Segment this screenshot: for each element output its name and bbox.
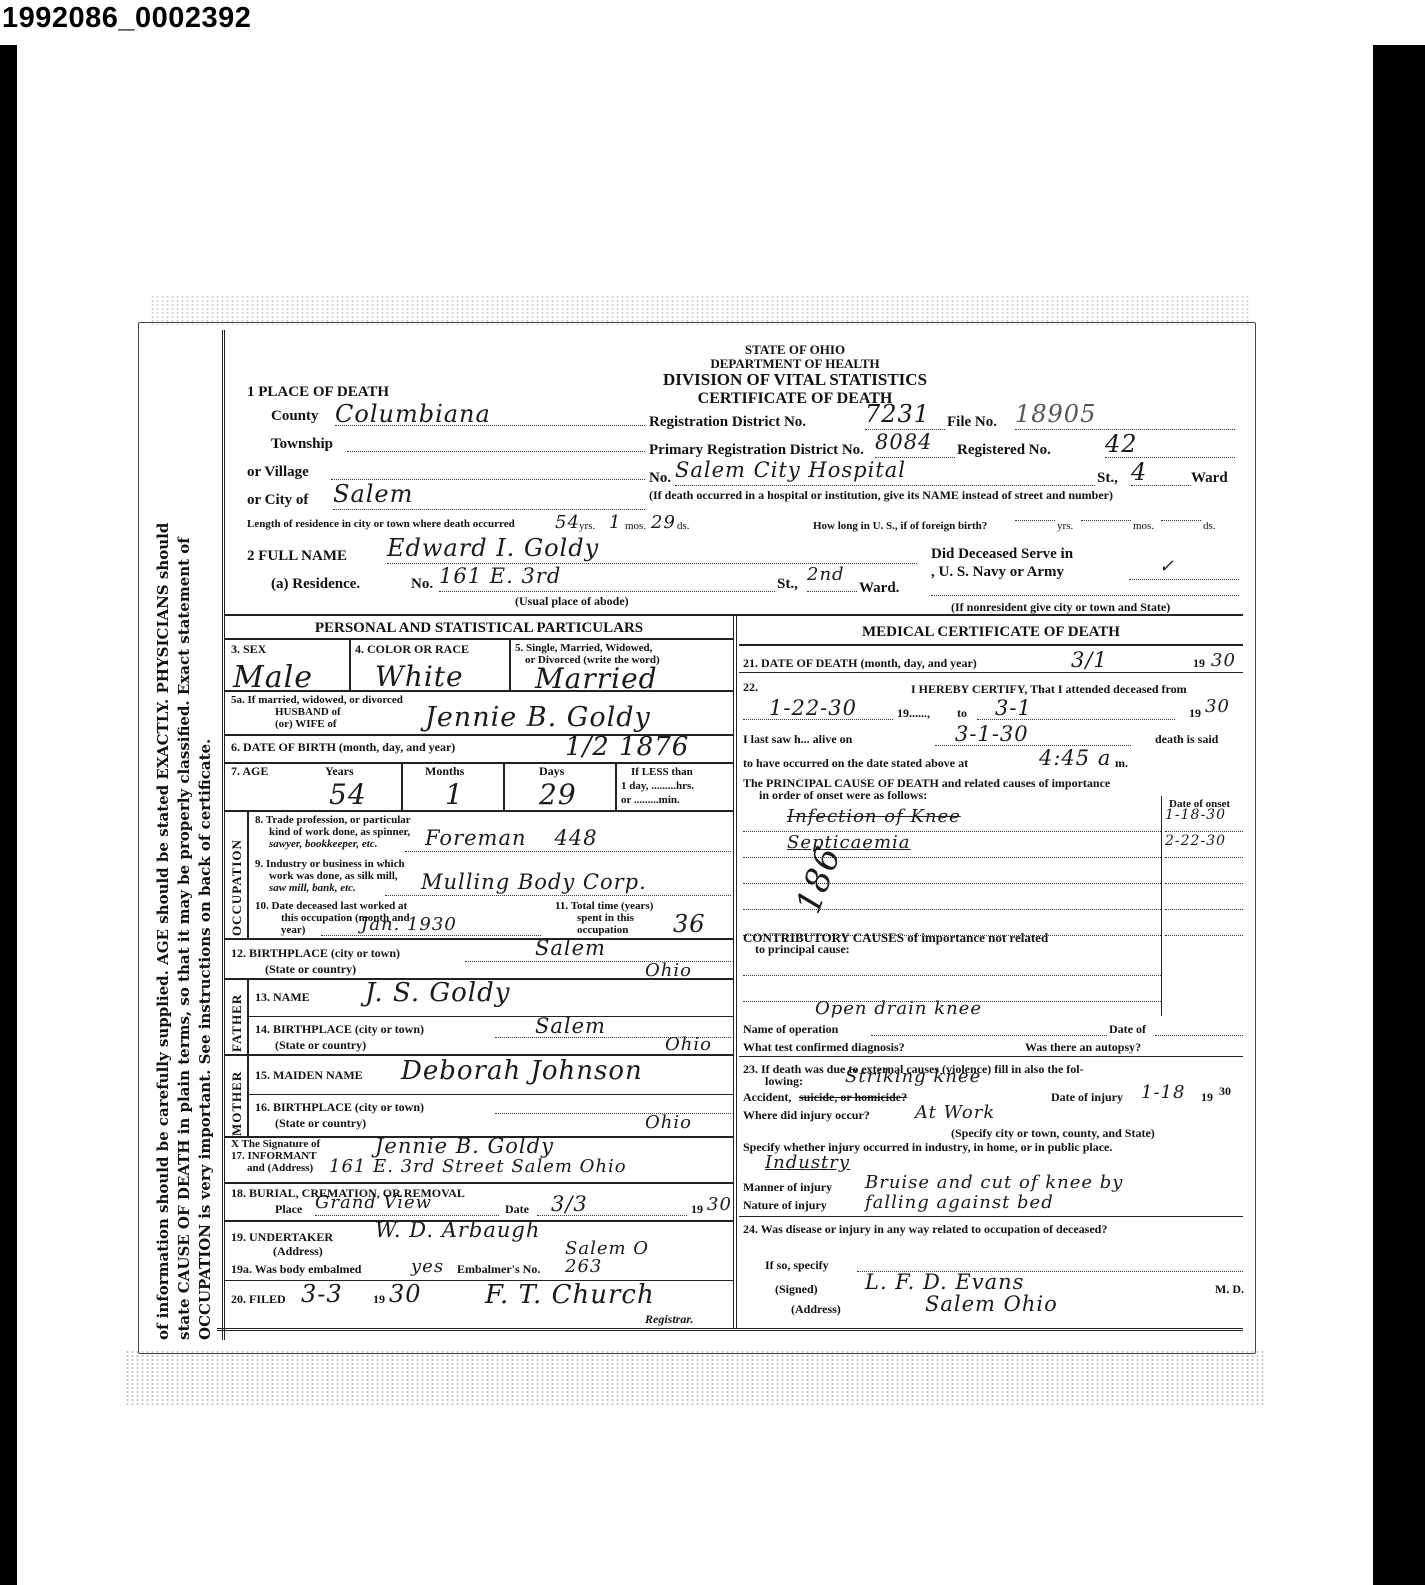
informant-label-3: and (Address) bbox=[247, 1162, 313, 1174]
certify-num: 22. bbox=[743, 680, 758, 695]
birthplace-city-field[interactable]: Salem bbox=[465, 936, 731, 962]
last-worked-label-3: year) bbox=[281, 924, 305, 936]
spouse-label-3: (or) WIFE of bbox=[275, 718, 337, 730]
spouse-value[interactable]: Jennie B. Goldy bbox=[425, 702, 651, 733]
residence-no-label: No. bbox=[411, 576, 433, 593]
residence-label: (a) Residence. bbox=[271, 576, 360, 593]
document-id: 1992086_0002392 bbox=[2, 2, 251, 35]
race-value[interactable]: White bbox=[375, 660, 464, 693]
divider bbox=[1161, 796, 1162, 1016]
cause-row-2[interactable]: Septicaemia bbox=[743, 832, 1161, 858]
total-time-label-2: spent in this bbox=[577, 912, 634, 924]
manner-label: Manner of injury bbox=[743, 1180, 832, 1195]
last-worked-field[interactable]: Jan. 1930 bbox=[321, 914, 541, 936]
trade-code: 448 bbox=[555, 826, 598, 850]
marital-label-1: 5. Single, Married, Widowed, bbox=[515, 642, 652, 654]
filed-year-prefix: 19 bbox=[373, 1292, 385, 1307]
primary-district-field[interactable]: 8084 bbox=[875, 430, 955, 458]
specify-value[interactable]: Industry bbox=[765, 1152, 850, 1173]
industry-field[interactable]: Mulling Body Corp. bbox=[385, 870, 731, 896]
days-label: Days bbox=[539, 764, 564, 779]
mother-side-label: MOTHER bbox=[229, 1071, 245, 1136]
informant-value[interactable]: Jennie B. Goldy bbox=[375, 1134, 554, 1158]
foreign-ds[interactable] bbox=[1161, 520, 1201, 521]
father-side-label: FATHER bbox=[229, 994, 245, 1052]
undertaker-value[interactable]: W. D. Arbaugh bbox=[375, 1218, 540, 1242]
burial-year-prefix: 19 bbox=[691, 1202, 703, 1217]
occurred-label: to have occurred on the date stated abov… bbox=[743, 756, 968, 771]
op-date-label: Date of bbox=[1109, 1022, 1146, 1037]
divider bbox=[739, 1056, 1243, 1057]
to-year-prefix: 19 bbox=[1189, 706, 1201, 721]
divider bbox=[225, 638, 733, 640]
age-years[interactable]: 54 bbox=[329, 778, 367, 811]
onset-row-4[interactable] bbox=[1165, 884, 1243, 910]
industry-label-1: 9. Industry or business in which bbox=[255, 858, 405, 870]
margin-instructions: of information should be carefully suppl… bbox=[142, 340, 212, 1340]
mother-state-label: (State or country) bbox=[275, 1116, 366, 1131]
injury-date-label: Date of injury bbox=[1051, 1090, 1123, 1105]
if-so-label: If so, specify bbox=[765, 1258, 829, 1273]
informant-label-2: 17. INFORMANT bbox=[231, 1150, 317, 1162]
divider bbox=[225, 762, 733, 764]
mother-name-value[interactable]: Deborah Johnson bbox=[401, 1056, 643, 1086]
to-year[interactable]: 30 bbox=[1205, 696, 1230, 717]
years-label: Years bbox=[325, 764, 354, 779]
age-label: 7. AGE bbox=[231, 764, 268, 779]
township-label: Township bbox=[271, 436, 333, 453]
dob-value[interactable]: 1/2 1876 bbox=[565, 732, 689, 762]
op-date-field[interactable] bbox=[1155, 1026, 1243, 1036]
embalmed-label: 19a. Was body embalmed bbox=[231, 1262, 361, 1277]
abode-note: (Usual place of abode) bbox=[515, 594, 629, 609]
burial-place-label: Place bbox=[275, 1202, 302, 1217]
city-label: or City of bbox=[247, 492, 308, 509]
where-note: (Specify city or town, county, and State… bbox=[951, 1126, 1155, 1141]
residence-ds-label: ds. bbox=[677, 520, 690, 532]
sex-label: 3. SEX bbox=[231, 642, 266, 657]
time-suffix: m. bbox=[1115, 756, 1128, 771]
township-field[interactable] bbox=[347, 430, 645, 452]
foreign-yrs-label: yrs. bbox=[1057, 520, 1073, 532]
residence-mos-label: mos. bbox=[625, 520, 646, 532]
where-value[interactable]: At Work bbox=[915, 1102, 995, 1123]
nature-value[interactable]: falling against bed bbox=[865, 1192, 1054, 1213]
residence-mos[interactable]: 1 bbox=[609, 512, 621, 533]
registered-no-label: Registered No. bbox=[957, 442, 1051, 459]
residence-field[interactable]: 161 E. 3rd bbox=[439, 564, 775, 592]
age-months[interactable]: 1 bbox=[445, 778, 464, 811]
age-days[interactable]: 29 bbox=[539, 778, 577, 811]
filed-label: 20. FILED bbox=[231, 1292, 286, 1307]
residence-yrs-label: yrs. bbox=[579, 520, 595, 532]
divider bbox=[401, 762, 403, 810]
autopsy-label: Was there an autopsy? bbox=[1025, 1040, 1141, 1055]
filed-year[interactable]: 30 bbox=[389, 1280, 422, 1308]
occupation-side-label: OCCUPATION bbox=[229, 839, 245, 936]
reg-district-label: Registration District No. bbox=[649, 414, 806, 431]
from-year-label: 19......, bbox=[897, 706, 930, 721]
file-no-label: File No. bbox=[947, 414, 997, 431]
trade-label-3: sawyer, bookkeeper, etc. bbox=[269, 838, 377, 850]
embalmer-label: Embalmer's No. bbox=[457, 1262, 540, 1277]
nonresident-note: (If nonresident give city or town and St… bbox=[951, 600, 1170, 615]
divider bbox=[247, 810, 249, 938]
certify-label: I HEREBY CERTIFY, That I attended deceas… bbox=[911, 682, 1187, 697]
ward-label: Ward bbox=[1191, 470, 1228, 487]
foreign-ds-label: ds. bbox=[1203, 520, 1216, 532]
father-name-label: 13. NAME bbox=[255, 990, 310, 1005]
nature-label: Nature of injury bbox=[743, 1198, 827, 1213]
spouse-label-1: 5a. If married, widowed, or divorced bbox=[231, 694, 403, 706]
embalmer-no[interactable]: 263 bbox=[565, 1256, 602, 1277]
nonresident-field[interactable] bbox=[931, 586, 1239, 596]
trade-field[interactable]: Foreman 448 bbox=[405, 826, 731, 852]
mother-name-label: 15. MAIDEN NAME bbox=[255, 1068, 363, 1083]
military-label-2: , U. S. Navy or Army bbox=[931, 564, 1064, 581]
mother-birthplace-label: 16. BIRTHPLACE (city or town) bbox=[255, 1100, 424, 1115]
undertaker-address-label: (Address) bbox=[273, 1244, 323, 1259]
manner-value[interactable]: Bruise and cut of knee by bbox=[865, 1172, 1123, 1193]
foreign-mos-label: mos. bbox=[1133, 520, 1154, 532]
last-saw-label: I last saw h... alive on bbox=[743, 732, 852, 747]
trade-label-1: 8. Trade profession, or particular bbox=[255, 814, 411, 826]
dod-label: 21. DATE OF DEATH (month, day, and year) bbox=[743, 656, 977, 671]
divider bbox=[739, 644, 1243, 646]
divider bbox=[503, 762, 505, 810]
birthplace-label: 12. BIRTHPLACE (city or town) bbox=[231, 946, 400, 961]
last-worked-label-1: 10. Date deceased last worked at bbox=[255, 900, 407, 912]
ward-field[interactable]: 4 bbox=[1131, 458, 1191, 486]
father-name-value[interactable]: J. S. Goldy bbox=[365, 978, 510, 1008]
county-label: County bbox=[271, 408, 319, 425]
divider bbox=[247, 1054, 249, 1138]
external-label-2: lowing: bbox=[765, 1074, 803, 1089]
divider bbox=[225, 690, 733, 692]
onset-row-2[interactable]: 2-22-30 bbox=[1165, 832, 1243, 858]
county-field[interactable]: Columbiana bbox=[335, 400, 645, 426]
city-field[interactable]: Salem bbox=[333, 480, 645, 510]
less-label-2: 1 day, .........hrs. bbox=[621, 780, 694, 792]
operation-value[interactable]: Open drain knee bbox=[815, 998, 982, 1019]
medical-section-title: MEDICAL CERTIFICATE OF DEATH bbox=[739, 624, 1243, 641]
filed-value[interactable]: 3-3 bbox=[301, 1280, 343, 1308]
mother-birthplace-city-field[interactable] bbox=[495, 1094, 731, 1114]
divider bbox=[739, 1216, 1243, 1217]
external-note[interactable]: Striking knee bbox=[845, 1066, 981, 1087]
divider bbox=[615, 762, 617, 810]
total-time-label-3: occupation bbox=[577, 924, 628, 936]
onset-row-1[interactable]: 1-18-30 bbox=[1165, 806, 1243, 832]
to-label: to bbox=[957, 706, 967, 721]
attended-to-field[interactable]: 3-1 bbox=[977, 696, 1175, 720]
residence-yrs[interactable]: 54 bbox=[555, 512, 580, 533]
death-said-label: death is said bbox=[1155, 732, 1218, 747]
residence-length-label: Length of residence in city or town wher… bbox=[247, 518, 515, 530]
cause-label-2: in order of onset were as follows: bbox=[759, 788, 927, 803]
burial-date-field[interactable]: 3/3 bbox=[537, 1192, 687, 1216]
father-birthplace-label: 14. BIRTHPLACE (city or town) bbox=[255, 1022, 424, 1037]
total-time-label-1: 11. Total time (years) bbox=[555, 900, 653, 912]
full-name-field[interactable]: Edward I. Goldy bbox=[387, 534, 917, 564]
full-name-label: 2 FULL NAME bbox=[247, 548, 347, 565]
time-value[interactable]: 4:45 a bbox=[1039, 746, 1111, 770]
accident-label: Accident, bbox=[743, 1090, 791, 1105]
death-certificate-form: STATE OF OHIO DEPARTMENT OF HEALTH DIVIS… bbox=[222, 330, 1252, 1340]
where-label: Where did injury occur? bbox=[743, 1108, 870, 1123]
header-division: DIVISION OF VITAL STATISTICS bbox=[615, 370, 975, 390]
scan-edge-right bbox=[1373, 45, 1425, 1585]
foreign-mos[interactable] bbox=[1081, 520, 1131, 521]
onset-row-5[interactable] bbox=[1165, 910, 1243, 936]
village-field[interactable] bbox=[331, 458, 645, 480]
column-divider bbox=[733, 616, 737, 1328]
md-label: M. D. bbox=[1215, 1282, 1244, 1297]
hospital-field[interactable]: Salem City Hospital bbox=[675, 458, 1095, 486]
injury-year-prefix: 19 bbox=[1201, 1090, 1213, 1105]
personal-section-title: PERSONAL AND STATISTICAL PARTICULARS bbox=[225, 620, 733, 637]
months-label: Months bbox=[425, 764, 464, 779]
registrar-signature: F. T. Church bbox=[485, 1280, 655, 1310]
residence-ward-label: Ward. bbox=[859, 580, 899, 597]
race-label: 4. COLOR OR RACE bbox=[355, 642, 469, 657]
total-time-value[interactable]: 36 bbox=[673, 910, 706, 938]
scan-noise-bottom bbox=[125, 1350, 1265, 1405]
file-no-field[interactable]: 18905 bbox=[1015, 400, 1235, 430]
scan-edge-left bbox=[0, 45, 17, 1585]
hospital-note: (If death occurred in a hospital or inst… bbox=[649, 488, 1113, 503]
military-field[interactable]: ✓ bbox=[1129, 556, 1239, 580]
residence-ds[interactable]: 29 bbox=[651, 512, 676, 533]
place-of-death-label: 1 PLACE OF DEATH bbox=[247, 384, 389, 401]
birthplace-state-label: (State or country) bbox=[265, 962, 356, 977]
scan-noise-top bbox=[150, 295, 1250, 325]
primary-district-label: Primary Registration District No. bbox=[649, 442, 864, 459]
residence-st-label: St., bbox=[777, 576, 798, 593]
dob-label: 6. DATE OF BIRTH (month, day, and year) bbox=[231, 740, 455, 755]
onset-row-3[interactable] bbox=[1165, 858, 1243, 884]
test-label: What test confirmed diagnosis? bbox=[743, 1040, 905, 1055]
physician-address-label: (Address) bbox=[791, 1302, 841, 1317]
injury-year[interactable]: 30 bbox=[1219, 1084, 1231, 1099]
embalmed-value[interactable]: yes bbox=[411, 1256, 444, 1277]
occupation-related-label: 24. Was disease or injury in any way rel… bbox=[743, 1222, 1107, 1237]
signed-label: (Signed) bbox=[775, 1282, 818, 1297]
contributory-row-1[interactable] bbox=[743, 956, 1161, 976]
registered-no-field[interactable]: 42 bbox=[1105, 430, 1235, 458]
physician-signature[interactable]: L. F. D. Evans bbox=[865, 1270, 1024, 1294]
divider bbox=[509, 638, 511, 690]
divider bbox=[349, 638, 351, 690]
military-label-1: Did Deceased Serve in bbox=[931, 546, 1073, 563]
cause-row-1[interactable]: Infection of Knee bbox=[743, 806, 1161, 832]
informant-address[interactable]: 161 E. 3rd Street Salem Ohio bbox=[329, 1156, 627, 1177]
attended-from-field[interactable]: 1-22-30 bbox=[743, 696, 893, 720]
burial-date-label: Date bbox=[505, 1202, 529, 1217]
divider bbox=[225, 810, 733, 812]
less-label-3: or .........min. bbox=[621, 794, 680, 806]
suicide-label: suicide, or homicide? bbox=[799, 1090, 907, 1105]
undertaker-label: 19. UNDERTAKER bbox=[231, 1230, 333, 1245]
hospital-no-label: No. bbox=[649, 470, 671, 487]
residence-ward-field[interactable]: 2nd bbox=[807, 564, 857, 592]
bottom-border bbox=[217, 1328, 1243, 1331]
less-label-1: If LESS than bbox=[631, 766, 693, 778]
dod-year[interactable]: 30 bbox=[1211, 650, 1236, 671]
spouse-label-2: HUSBAND of bbox=[275, 706, 341, 718]
operation-field[interactable] bbox=[871, 1026, 1107, 1036]
mother-birthplace-state-value[interactable]: Ohio bbox=[645, 1112, 692, 1133]
informant-label-1: X The Signature of bbox=[231, 1138, 320, 1150]
village-label: or Village bbox=[247, 464, 309, 481]
divider bbox=[225, 1182, 733, 1184]
burial-year[interactable]: 30 bbox=[707, 1194, 732, 1215]
father-birthplace-state-value[interactable]: Ohio bbox=[665, 1034, 712, 1055]
dod-value[interactable]: 3/1 bbox=[1071, 648, 1108, 672]
last-saw-field[interactable]: 3-1-30 bbox=[935, 722, 1131, 746]
burial-place-field[interactable]: Grand View bbox=[315, 1192, 499, 1216]
st-label: St., bbox=[1097, 470, 1118, 487]
industry-label-3: saw mill, bank, etc. bbox=[269, 882, 356, 894]
contributory-label-2: to principal cause: bbox=[755, 942, 850, 957]
foreign-label: How long in U. S., if of foreign birth? bbox=[813, 520, 987, 532]
dod-year-prefix: 19 bbox=[1193, 656, 1205, 671]
registrar-label: Registrar. bbox=[645, 1312, 693, 1327]
operation-label: Name of operation bbox=[743, 1022, 838, 1037]
industry-label-2: work was done, as silk mill, bbox=[269, 870, 398, 882]
physician-address[interactable]: Salem Ohio bbox=[925, 1292, 1058, 1316]
reg-district-field[interactable]: 7231 bbox=[865, 400, 945, 430]
injury-date[interactable]: 1-18 bbox=[1141, 1082, 1185, 1103]
divider bbox=[739, 672, 1243, 673]
father-state-label: (State or country) bbox=[275, 1038, 366, 1053]
foreign-yrs[interactable] bbox=[1015, 520, 1055, 521]
trade-label-2: kind of work done, as spinner, bbox=[269, 826, 410, 838]
